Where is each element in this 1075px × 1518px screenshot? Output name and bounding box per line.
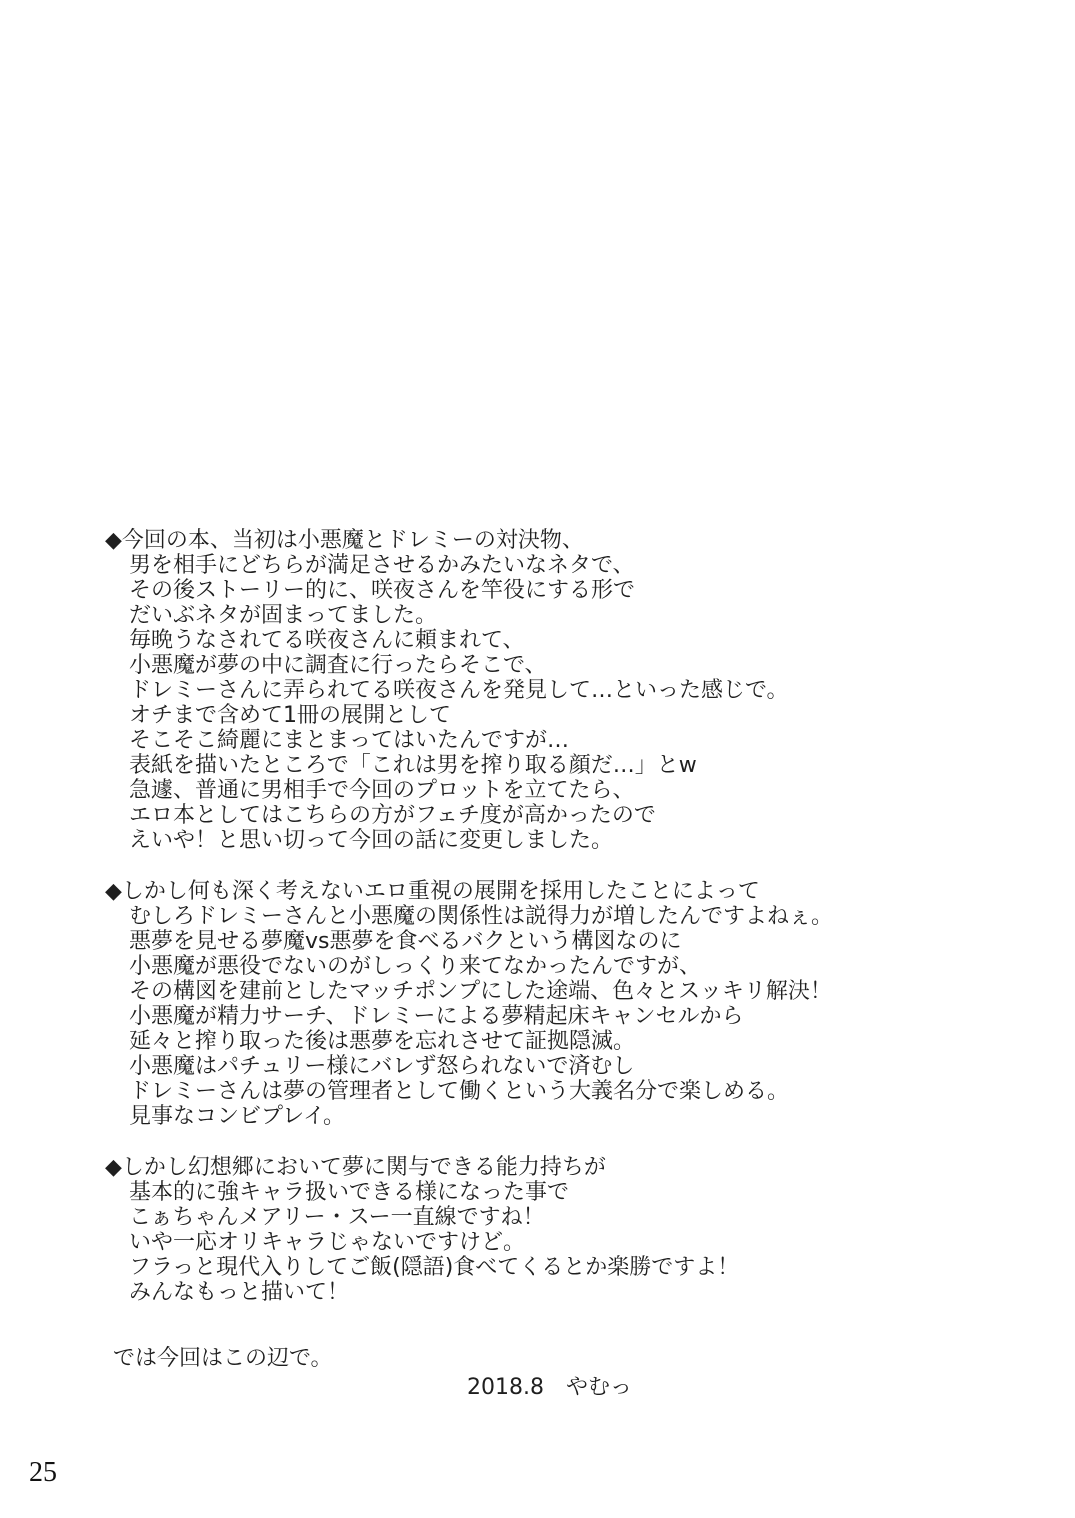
- text-line: みんなもっと描いて！: [105, 1280, 1025, 1305]
- text-line: 男を相手にどちらが満足させるかみたいなネタで、: [105, 553, 1025, 578]
- text-line: 毎晩うなされてる咲夜さんに頼まれて、: [105, 628, 1025, 653]
- afterword-paragraph: ◆今回の本、当初は小悪魔とドレミーの対決物、 男を相手にどちらが満足させるかみた…: [105, 528, 1025, 853]
- text-line: 小悪魔が精力サーチ、ドレミーによる夢精起床キャンセルから: [105, 1004, 1025, 1029]
- text-line: 小悪魔はパチュリー様にバレず怒られないで済むし: [105, 1054, 1025, 1079]
- page: ◆今回の本、当初は小悪魔とドレミーの対決物、 男を相手にどちらが満足させるかみた…: [0, 0, 1075, 1518]
- text-line: いや一応オリキャラじゃないですけど。: [105, 1230, 1025, 1255]
- afterword-paragraph: ◆しかし何も深く考えないエロ重視の展開を採用したことによって むしろドレミーさん…: [105, 879, 1025, 1129]
- text-line: ◆しかし何も深く考えないエロ重視の展開を採用したことによって: [105, 879, 1025, 904]
- closing-line: では今回はこの辺で。: [113, 1346, 333, 1371]
- text-line: その構図を建前としたマッチポンプにした途端、色々とスッキリ解決！: [105, 979, 1025, 1004]
- text-line: ◆今回の本、当初は小悪魔とドレミーの対決物、: [105, 528, 1025, 553]
- page-number: 25: [29, 1458, 57, 1488]
- text-line: 延々と搾り取った後は悪夢を忘れさせて証拠隠滅。: [105, 1029, 1025, 1054]
- text-line: エロ本としてはこちらの方がフェチ度が高かったので: [105, 803, 1025, 828]
- afterword-paragraph: ◆しかし幻想郷において夢に関与できる能力持ちが 基本的に強キャラ扱いできる様にな…: [105, 1155, 1025, 1305]
- text-line: その後ストーリー的に、咲夜さんを竿役にする形で: [105, 578, 1025, 603]
- text-line: だいぶネタが固まってました。: [105, 603, 1025, 628]
- text-line: フラっと現代入りしてご飯(隠語)食べてくるとか楽勝ですよ！: [105, 1255, 1025, 1280]
- text-line: 小悪魔が夢の中に調査に行ったらそこで、: [105, 653, 1025, 678]
- text-line: 悪夢を見せる夢魔vs悪夢を食べるバクという構図なのに: [105, 929, 1025, 954]
- text-line: ドレミーさんに弄られてる咲夜さんを発見して…といった感じで。: [105, 678, 1025, 703]
- author-signature: 2018.8 やむっ: [467, 1375, 632, 1400]
- text-line: えいや！と思い切って今回の話に変更しました。: [105, 828, 1025, 853]
- text-line: こぁちゃんメアリー・スー一直線ですね！: [105, 1205, 1025, 1230]
- text-line: ◆しかし幻想郷において夢に関与できる能力持ちが: [105, 1155, 1025, 1180]
- text-line: そこそこ綺麗にまとまってはいたんですが…: [105, 728, 1025, 753]
- text-line: 急遽、普通に男相手で今回のプロットを立てたら、: [105, 778, 1025, 803]
- text-line: むしろドレミーさんと小悪魔の関係性は説得力が増したんですよねぇ。: [105, 904, 1025, 929]
- text-line: オチまで含めて1冊の展開として: [105, 703, 1025, 728]
- text-line: 表紙を描いたところで「これは男を搾り取る顔だ…」とw: [105, 753, 1025, 778]
- afterword-text: ◆今回の本、当初は小悪魔とドレミーの対決物、 男を相手にどちらが満足させるかみた…: [105, 528, 1025, 1305]
- text-line: 見事なコンビプレイ。: [105, 1104, 1025, 1129]
- text-line: ドレミーさんは夢の管理者として働くという大義名分で楽しめる。: [105, 1079, 1025, 1104]
- text-line: 基本的に強キャラ扱いできる様になった事で: [105, 1180, 1025, 1205]
- text-line: 小悪魔が悪役でないのがしっくり来てなかったんですが、: [105, 954, 1025, 979]
